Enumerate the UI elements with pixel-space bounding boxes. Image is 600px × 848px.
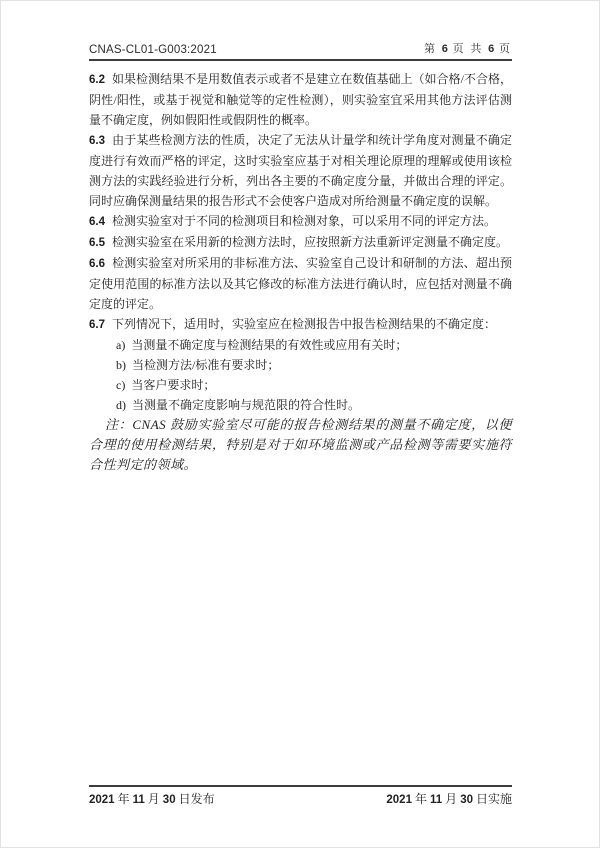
section-number: 6.7 (89, 319, 105, 331)
list-item-c: c)当客户要求时； (89, 375, 512, 395)
section-text: 如果检测结果不是用数值表示或者不是建立在数值基础上（如合格/不合格，阴性/阳性，… (89, 72, 512, 127)
impl-year-unit: 年 (415, 792, 427, 806)
issue-day: 30 (163, 794, 176, 806)
section-paragraph-6-4: 6.4检测实验室对于不同的检测项目和检测对象，可以采用不同的评定方法。 (89, 211, 512, 232)
page-word: 第 (424, 43, 437, 55)
page-header: CNAS-CL01-G003:2021 第 6 页 共 6 页 (89, 40, 512, 61)
impl-day: 30 (460, 794, 473, 806)
section-paragraph-6-7: 6.7下列情况下，适用时，实验室应在检测报告中报告检测结果的不确定度： (89, 314, 512, 335)
list-item-a: a)当测量不确定度与检测结果的有效性或应用有关时； (89, 335, 512, 355)
document-number: CNAS-CL01-G003:2021 (89, 44, 217, 56)
document-body: 6.2如果检测结果不是用数值表示或者不是建立在数值基础上（如合格/不合格，阴性/… (89, 69, 512, 475)
section-paragraph-6-6: 6.6检测实验室对所采用的非标准方法、实验室自己设计和研制的方法、超出预定使用范… (89, 253, 512, 314)
list-item-text: 当客户要求时； (131, 378, 215, 392)
section-text: 检测实验室在采用新的检测方法时，应按照新方法重新评定测量不确定度。 (112, 235, 508, 249)
section-text: 由于某些检测方法的性质，决定了无法从计量学和统计学角度对测量不确定度进行有效而严… (89, 133, 512, 208)
page-footer: 2021年11月30日发布 2021年11月30日实施 (89, 785, 512, 807)
impl-month-unit: 月 (445, 792, 457, 806)
total-page-number: 6 (488, 43, 494, 55)
list-item-b: b)当检测方法/标准有要求时； (89, 355, 512, 375)
current-page-number: 6 (442, 43, 448, 55)
section-number: 6.2 (89, 74, 105, 86)
issue-year: 2021 (89, 794, 115, 806)
issue-date: 2021年11月30日发布 (89, 790, 215, 807)
list-item-label: b) (116, 358, 126, 372)
list-item-label: d) (116, 398, 126, 412)
impl-day-suffix: 日实施 (476, 792, 512, 806)
section-text: 下列情况下，适用时，实验室应在检测报告中报告检测结果的不确定度： (112, 317, 496, 331)
section-number: 6.5 (89, 237, 105, 249)
list-item-text: 当测量不确定度与检测结果的有效性或应用有关时； (131, 338, 407, 352)
section-number: 6.6 (89, 258, 105, 270)
list-item-text: 当检测方法/标准有要求时； (132, 358, 279, 372)
section-number: 6.4 (89, 216, 105, 228)
section-number: 6.3 (89, 135, 105, 147)
page-word: 页 (453, 43, 466, 55)
page-word: 页 (499, 43, 512, 55)
list-item-label: c) (116, 378, 125, 392)
list-item-label: a) (116, 338, 125, 352)
section-paragraph-6-5: 6.5检测实验室在采用新的检测方法时，应按照新方法重新评定测量不确定度。 (89, 232, 512, 253)
page-word: 共 (470, 43, 483, 55)
section-paragraph-6-3: 6.3由于某些检测方法的性质，决定了无法从计量学和统计学角度对测量不确定度进行有… (89, 130, 512, 211)
issue-day-suffix: 日发布 (179, 792, 215, 806)
page-number-indicator: 第 6 页 共 6 页 (424, 40, 512, 56)
implementation-date: 2021年11月30日实施 (386, 790, 512, 807)
list-item-text: 当测量不确定度影响与规范限的符合性时。 (132, 398, 360, 412)
section-paragraph-6-2: 6.2如果检测结果不是用数值表示或者不是建立在数值基础上（如合格/不合格，阴性/… (89, 69, 512, 130)
section-text: 检测实验室对所采用的非标准方法、实验室自己设计和研制的方法、超出预定使用范围的标… (89, 256, 512, 311)
document-page: CNAS-CL01-G003:2021 第 6 页 共 6 页 6.2如果检测结… (0, 0, 600, 848)
issue-month: 11 (133, 794, 145, 806)
list-item-d: d)当测量不确定度影响与规范限的符合性时。 (89, 395, 512, 415)
section-text: 检测实验室对于不同的检测项目和检测对象，可以采用不同的评定方法。 (112, 214, 496, 228)
issue-year-unit: 年 (118, 792, 130, 806)
issue-month-unit: 月 (148, 792, 160, 806)
impl-year: 2021 (386, 794, 412, 806)
note-paragraph: 注：CNAS 鼓励实验室尽可能的报告检测结果的测量不确定度，以便合理的使用检测结… (89, 415, 512, 475)
impl-month: 11 (430, 794, 442, 806)
